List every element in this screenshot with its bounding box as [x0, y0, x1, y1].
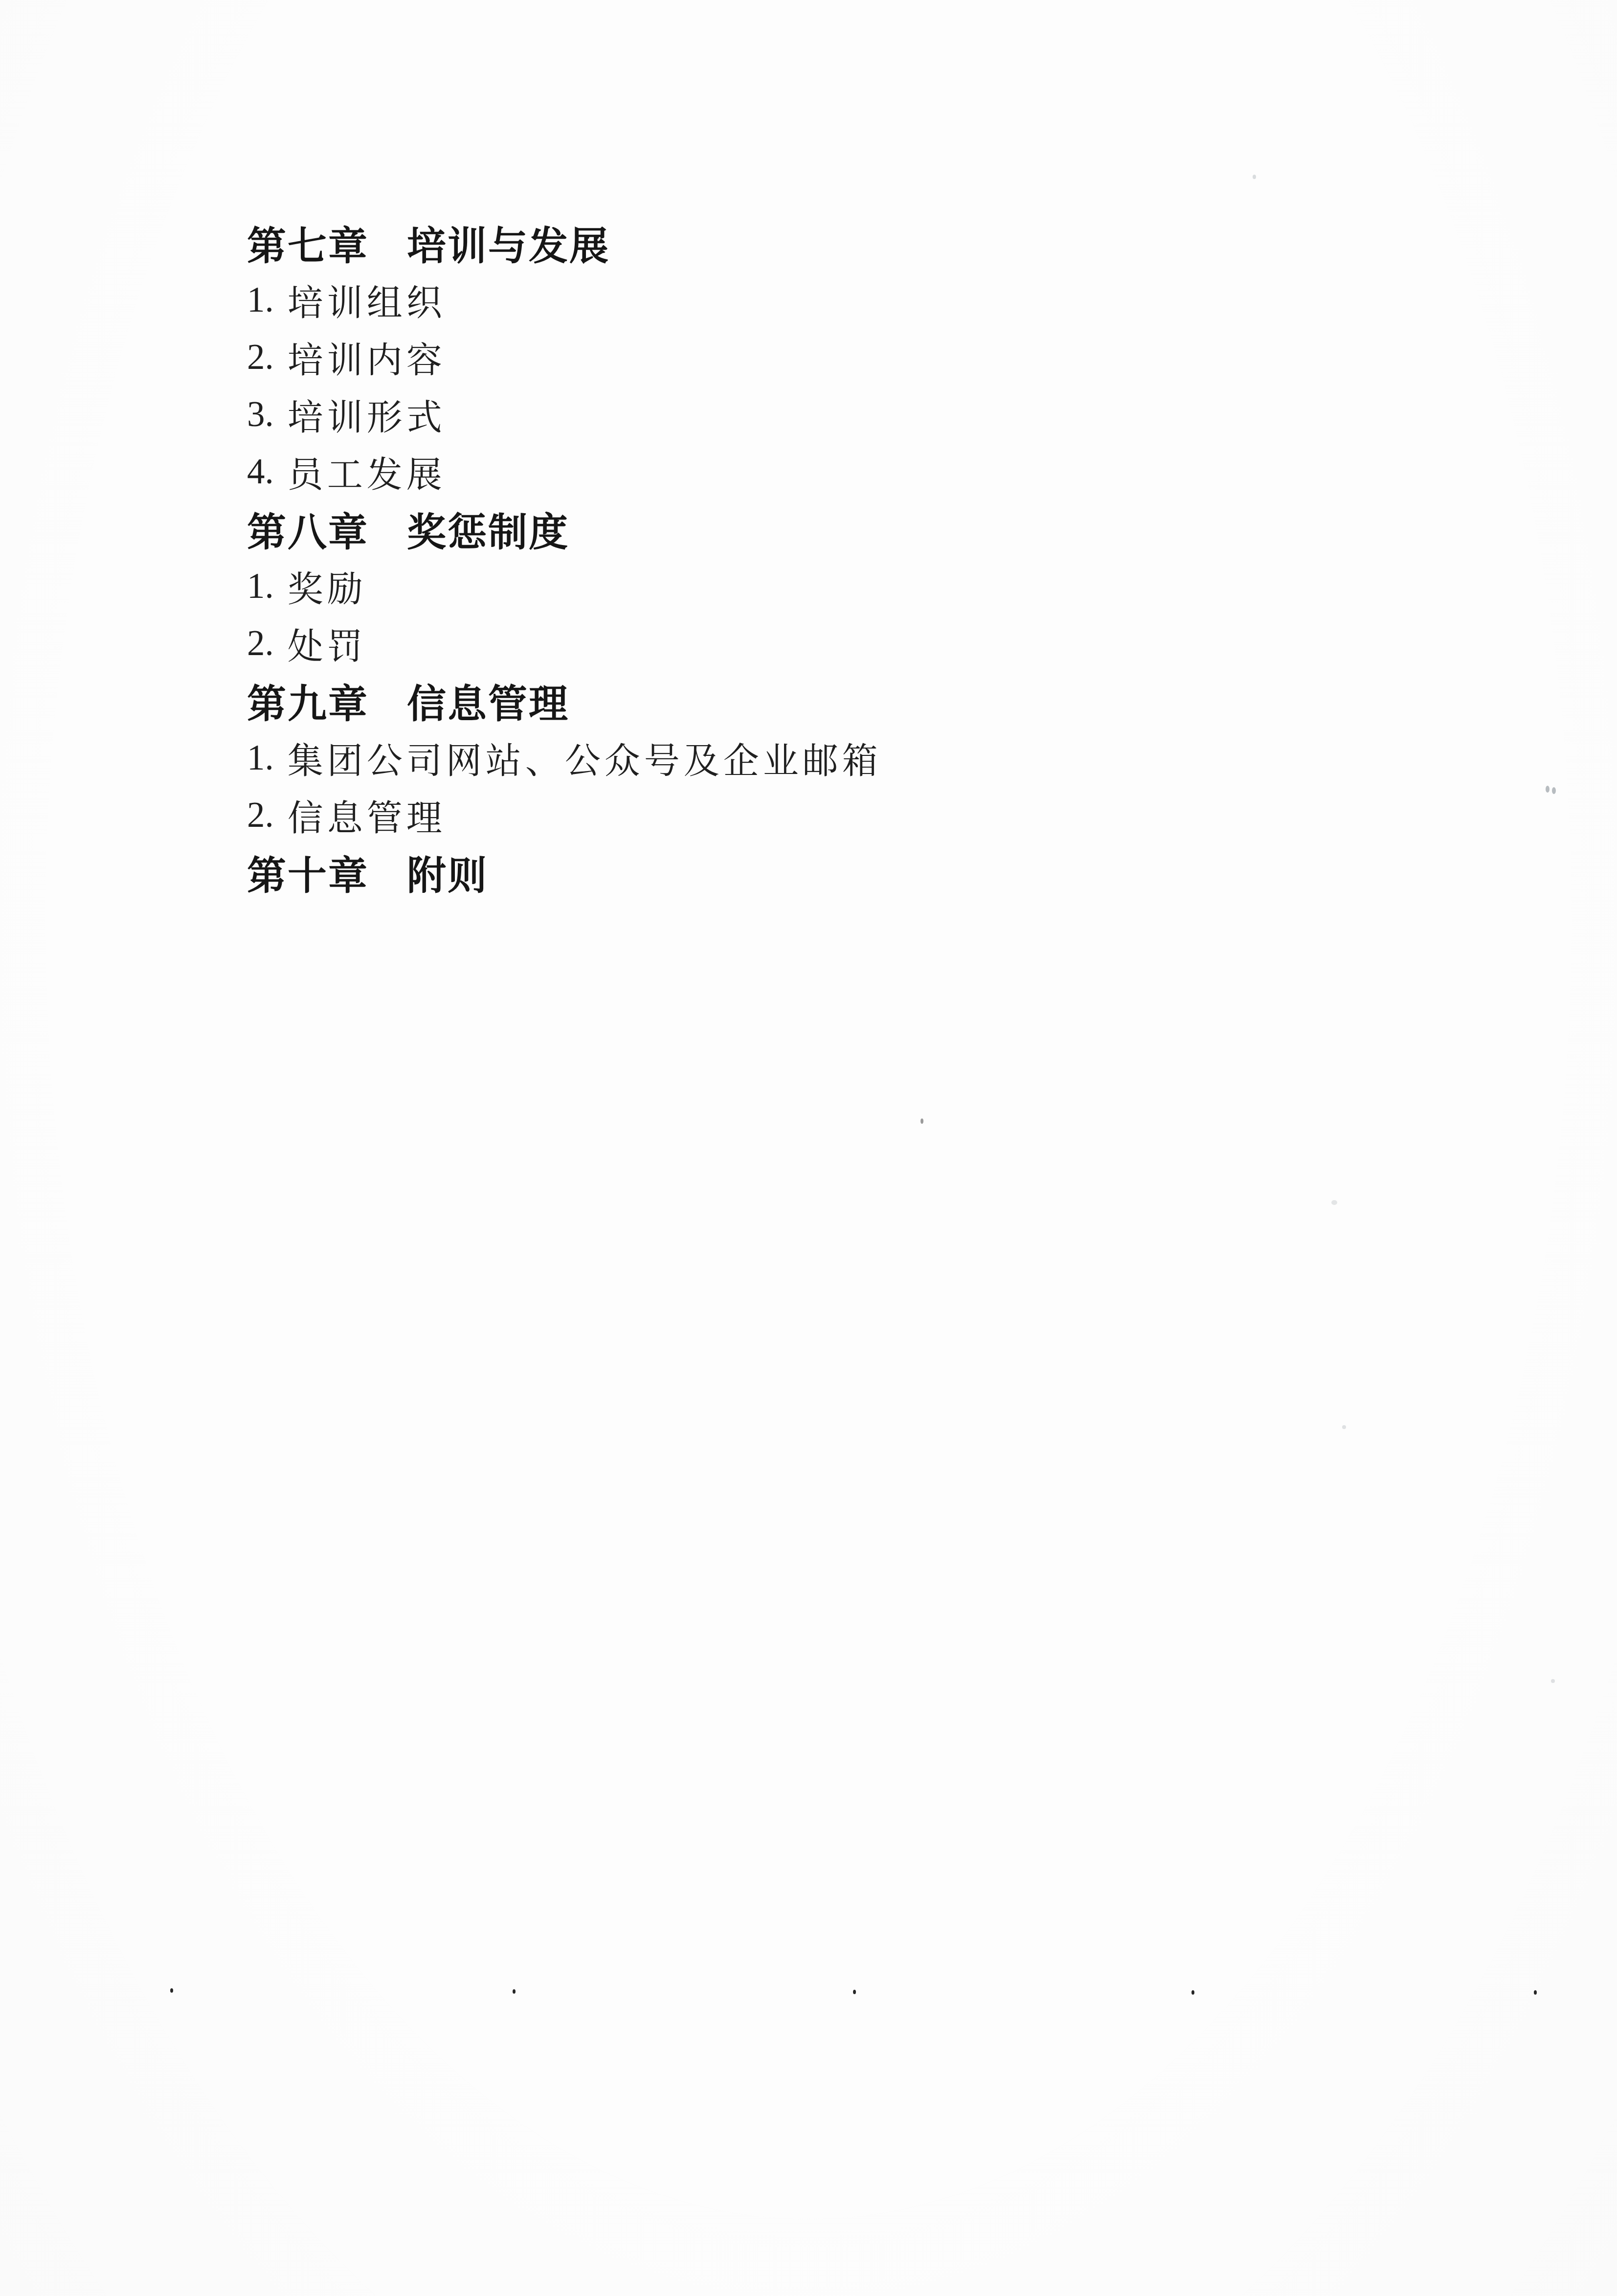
item-number: 2.: [247, 795, 274, 836]
item-text: 培训内容: [288, 331, 446, 383]
chapter-heading-8: 第八章奖惩制度: [247, 500, 882, 557]
scan-speck: [1342, 1425, 1346, 1429]
chapter-number: 第十章: [247, 844, 369, 900]
toc-item-7-2: 2.培训内容: [247, 328, 882, 386]
toc-item-7-1: 1.培训组织: [247, 271, 882, 328]
scan-speck: [1552, 787, 1556, 794]
chapter-title: 奖惩制度: [407, 500, 569, 557]
scan-dot: [1534, 1990, 1537, 1995]
item-number: 2.: [247, 337, 274, 378]
scan-speck: [921, 1118, 923, 1124]
chapter-title: 附则: [407, 844, 488, 900]
item-text: 培训组织: [288, 274, 446, 325]
scan-speck: [1546, 786, 1550, 793]
toc-item-7-4: 4.员工发展: [247, 443, 882, 500]
chapter-title: 培训与发展: [407, 214, 610, 271]
item-text: 信息管理: [288, 789, 446, 841]
item-text: 奖励: [288, 560, 367, 612]
item-number: 1.: [247, 737, 274, 778]
scan-speck: [1253, 175, 1256, 179]
item-text: 员工发展: [288, 446, 446, 497]
toc-item-8-2: 2.处罚: [247, 614, 882, 672]
document-page: 第七章培训与发展 1.培训组织 2.培训内容 3.培训形式 4.员工发展 第八章…: [0, 0, 1617, 2296]
chapter-title: 信息管理: [407, 672, 569, 728]
toc-item-7-3: 3.培训形式: [247, 386, 882, 443]
item-number: 2.: [247, 623, 274, 664]
chapter-heading-9: 第九章信息管理: [247, 672, 882, 729]
scan-speck: [1331, 1200, 1337, 1205]
scan-dot: [513, 1989, 516, 1994]
toc-item-9-1: 1.集团公司网站、公众号及企业邮箱: [247, 729, 882, 786]
item-number: 1.: [247, 566, 274, 607]
item-number: 1.: [247, 279, 274, 320]
item-text: 培训形式: [288, 388, 446, 440]
chapter-heading-7: 第七章培训与发展: [247, 214, 882, 271]
item-number: 4.: [247, 451, 274, 492]
scan-dot: [1191, 1990, 1194, 1995]
chapter-number: 第八章: [247, 500, 369, 557]
item-text: 集团公司网站、公众号及企业邮箱: [288, 732, 882, 783]
scan-dot: [170, 1988, 173, 1993]
item-text: 处罚: [288, 617, 367, 669]
toc-item-8-1: 1.奖励: [247, 557, 882, 614]
item-number: 3.: [247, 394, 274, 435]
chapter-heading-10: 第十章附则: [247, 843, 882, 901]
scan-speck: [1551, 1679, 1555, 1683]
toc-item-9-2: 2.信息管理: [247, 786, 882, 843]
chapter-number: 第九章: [247, 672, 369, 728]
chapter-number: 第七章: [247, 214, 369, 271]
scan-dot: [853, 1990, 856, 1994]
table-of-contents: 第七章培训与发展 1.培训组织 2.培训内容 3.培训形式 4.员工发展 第八章…: [247, 214, 882, 901]
